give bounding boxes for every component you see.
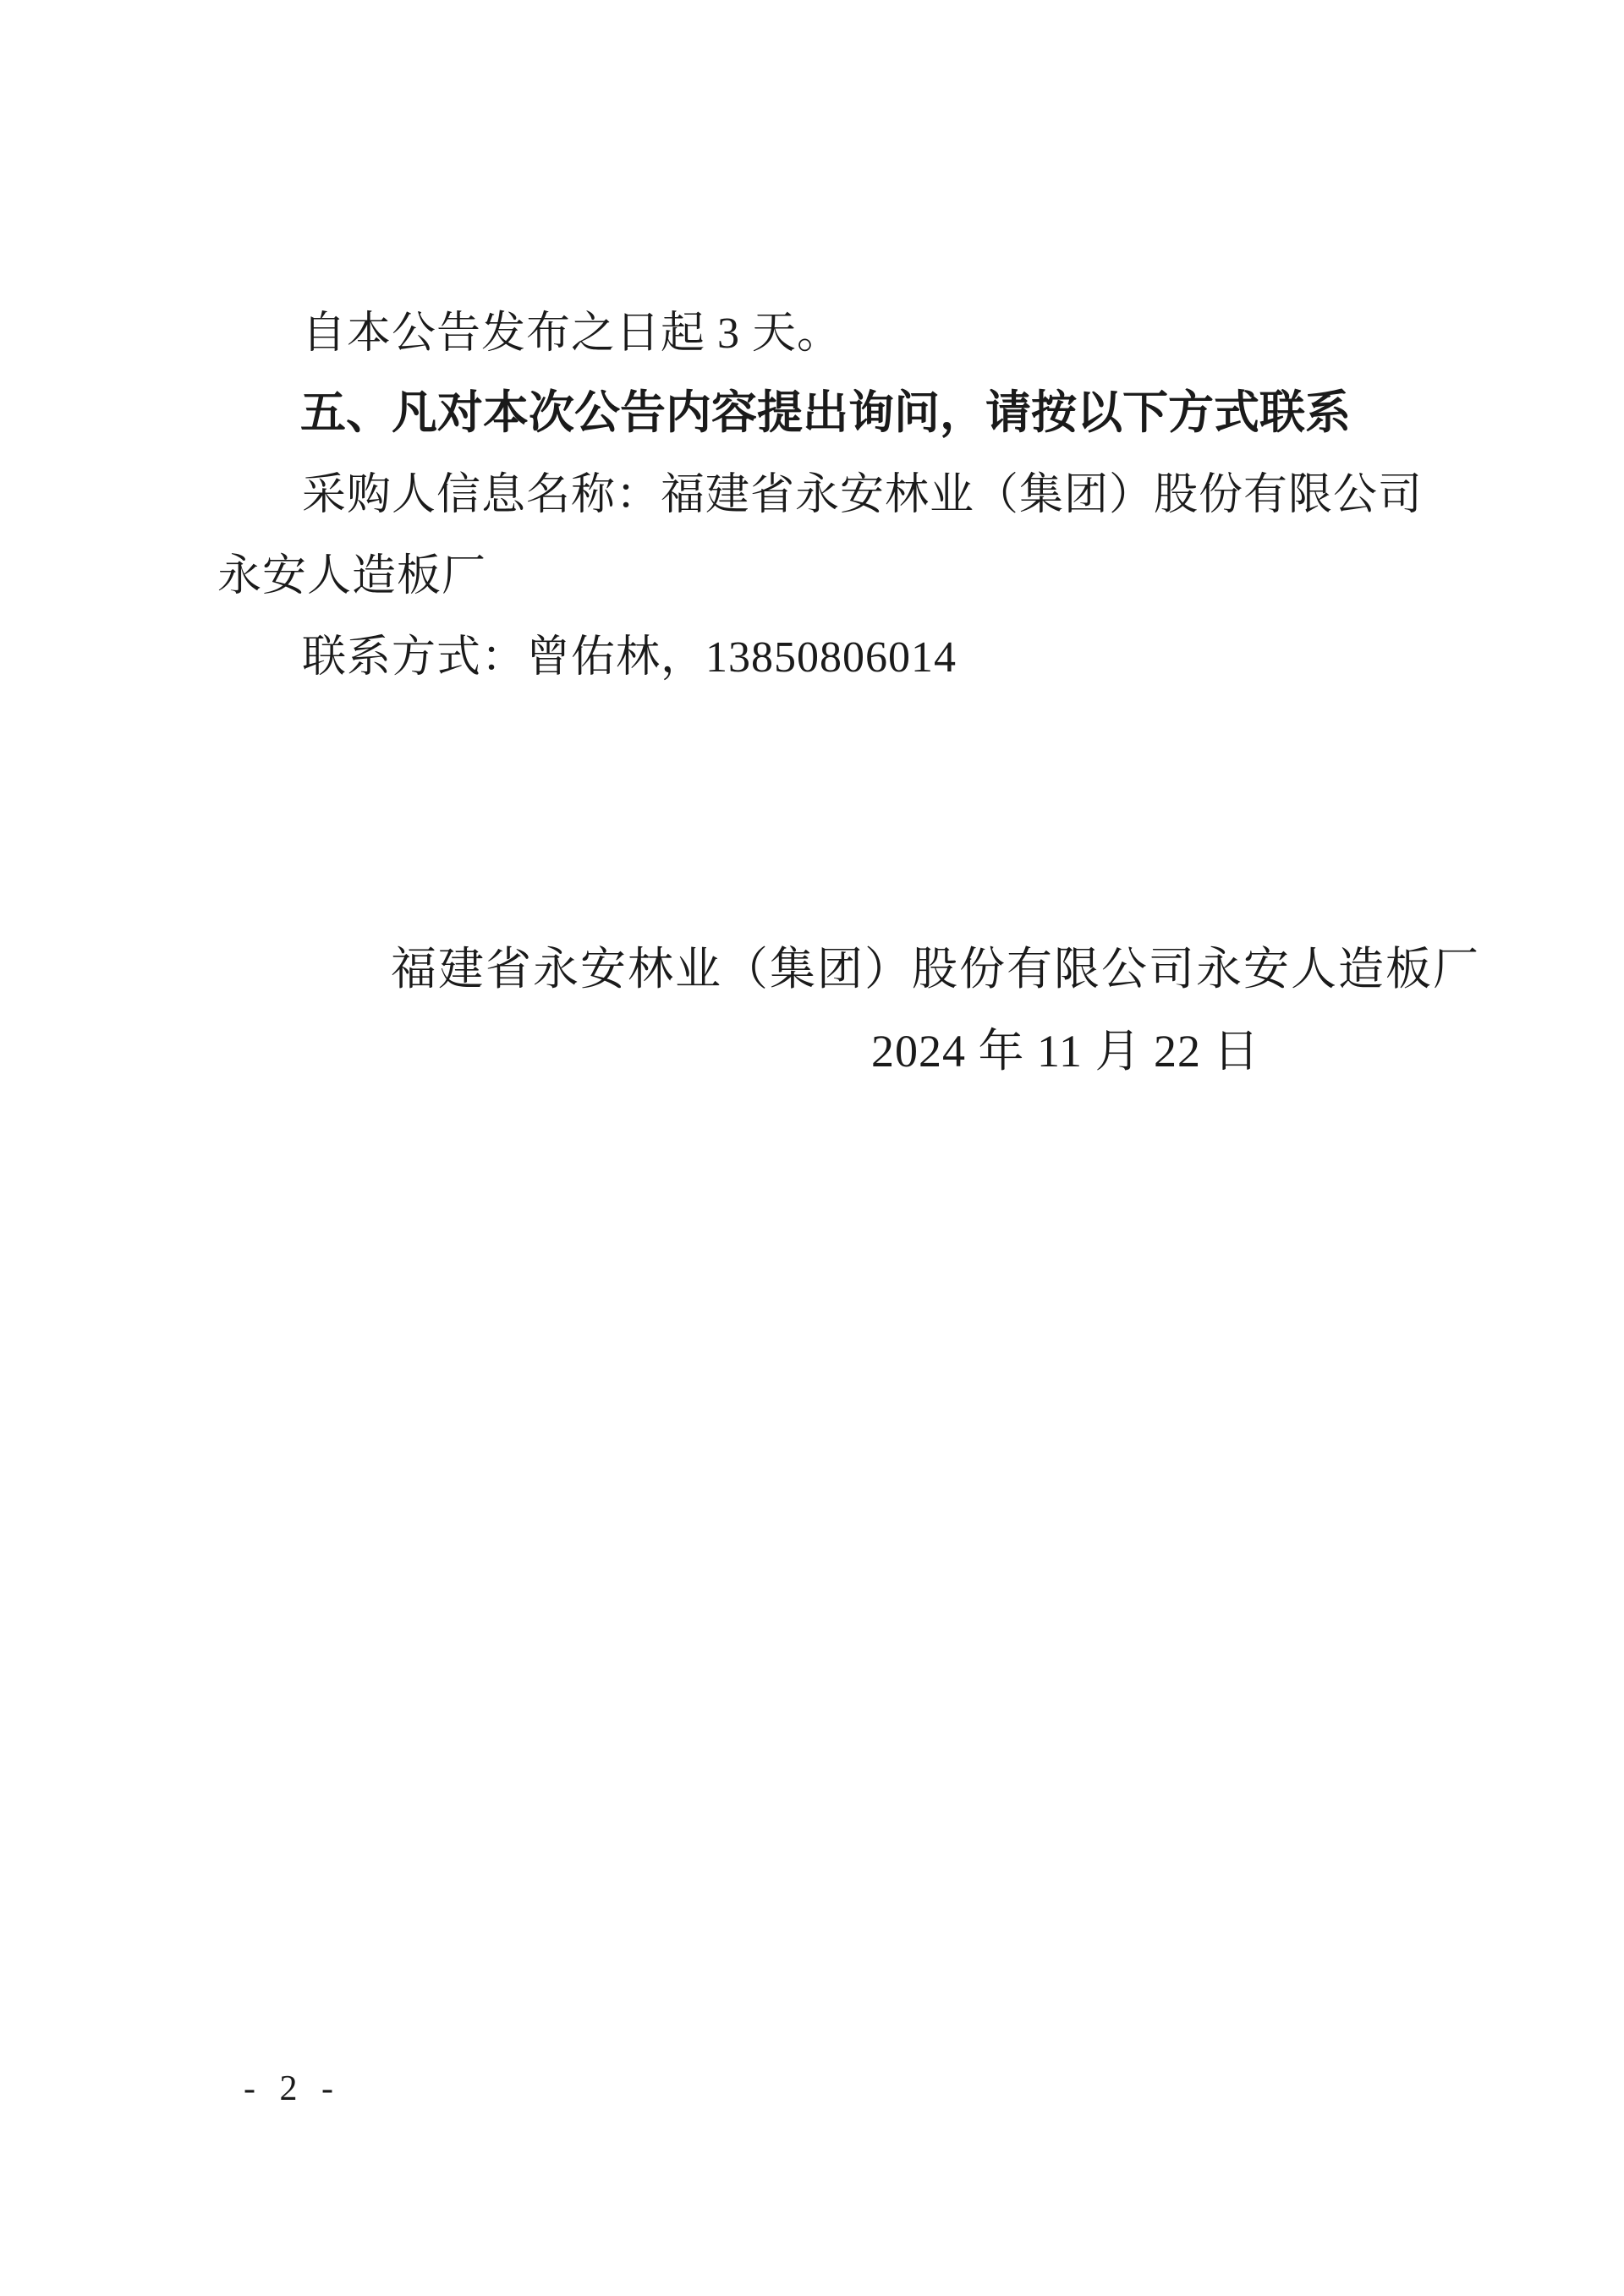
document-page: 自本公告发布之日起 3 天。 五、凡对本次公告内容提出询问，请按以下方式联系 采… xyxy=(0,0,1624,2296)
purchaser-info-line-2: 永安人造板厂 xyxy=(217,551,486,602)
signature-organization: 福建省永安林业（集团）股份有限公司永安人造板厂 xyxy=(391,944,1480,995)
contact-line: 联系方式：曾佑林，13850806014 xyxy=(302,633,957,683)
section-heading: 五、凡对本次公告内容提出询问，请按以下方式联系 xyxy=(300,387,1351,438)
page-number: - 2 - xyxy=(244,2063,341,2114)
purchaser-info-line-1: 采购人信息名称：福建省永安林业（集团）股份有限公司 xyxy=(302,470,1423,521)
paragraph-continuation-text: 自本公告发布之日起 3 天。 xyxy=(302,309,842,359)
signature-date: 2024 年 11 月 22 日 xyxy=(871,1026,1260,1077)
